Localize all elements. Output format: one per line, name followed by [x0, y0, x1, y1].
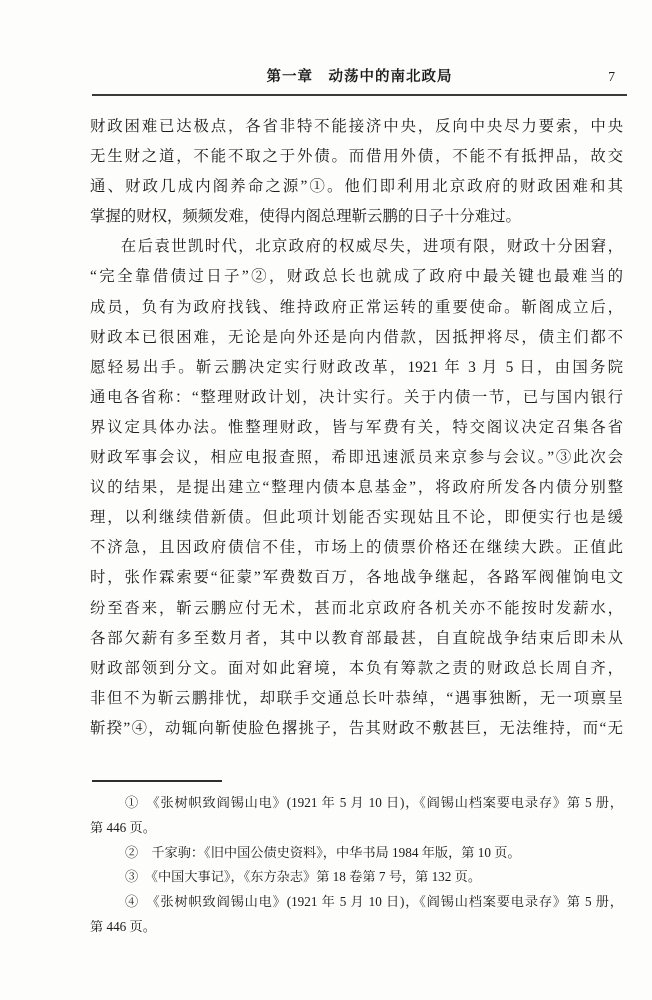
body-line: 财政军事会议，相应电报查照，希即迅速派员来京参与会议。”③此次会	[90, 443, 623, 473]
footnote-line: ① 《张树帜致阎锡山电》(1921 年 5 月 10 日)，《阎锡山档案要电录存…	[90, 791, 623, 816]
body-line: 在后袁世凯时代，北京政府的权威尽失，进项有限，财政十分困窘，	[90, 232, 623, 262]
footnote-line: 第 446 页。	[90, 915, 623, 940]
header-rule	[92, 94, 627, 96]
body-line: 纷至沓来，靳云鹏应付无术，甚而北京政府各机关亦不能按时发薪水，	[90, 594, 623, 624]
footnote-separator	[92, 780, 222, 782]
body-line: 掌握的财权，频频发难，使得内阁总理靳云鹏的日子十分难过。	[90, 202, 623, 232]
footnote-line: ② 千家驹：《旧中国公债史资料》，中华书局 1984 年版，第 10 页。	[90, 841, 623, 866]
body-line: 非但不为靳云鹏排忧，却联手交通总长叶恭绰，“遇事独断，无一项禀呈	[90, 684, 623, 714]
footnotes-list: ① 《张树帜致阎锡山电》(1921 年 5 月 10 日)，《阎锡山档案要电录存…	[90, 791, 623, 940]
body-line: 通电各省称：“整理财政计划，决计实行。关于内债一节，已与国内银行	[90, 383, 623, 413]
body-text: 财政困难已达极点，各省非特不能接济中央，反向中央尽力要索，中央无生财之道，不能不…	[90, 112, 623, 744]
body-line: 通、财政几成内阁养命之源”①。他们即利用北京政府的财政困难和其	[90, 172, 623, 202]
body-line: 愿轻易出手。靳云鹏决定实行财政改革，1921 年 3 月 5 日，由国务院	[90, 353, 623, 383]
body-line: “完全靠借债过日子”②，财政总长也就成了政府中最关键也最难当的	[90, 262, 623, 292]
footnote-line: 第 446 页。	[90, 816, 623, 841]
body-line: 不济急，且因政府债信不佳，市场上的债票价格还在继续大跌。正值此	[90, 533, 623, 563]
body-line: 议的结果，是提出建立“整理内债本息基金”，将政府所发各内债分别整	[90, 473, 623, 503]
body-line: 各部欠薪有多至数月者，其中以教育部最甚，自直皖战争结束后即未从	[90, 624, 623, 654]
body-line: 理，以利继续借新债。但此项计划能否实现姑且不论，即便实行也是缓	[90, 503, 623, 533]
footnote-line: ④ 《张树帜致阎锡山电》(1921 年 5 月 10 日)，《阎锡山档案要电录存…	[90, 890, 623, 915]
body-line: 财政困难已达极点，各省非特不能接济中央，反向中央尽力要索，中央	[90, 112, 623, 142]
body-line: 财政部领到分文。面对如此窘境，本负有筹款之责的财政总长周自齐，	[90, 654, 623, 684]
body-line: 无生财之道，不能不取之于外债。而借用外债，不能不有抵押品，故交	[90, 142, 623, 172]
body-line: 财政本已很困难，无论是向外还是向内借款，因抵押将尽，债主们都不	[90, 323, 623, 353]
page-number: 7	[92, 66, 615, 88]
body-line: 时，张作霖索要“征蒙”军费数百万，各地战争继起，各路军阀催饷电文	[90, 563, 623, 593]
body-line: 成员，负有为政府找钱、维持政府正常运转的重要使命。靳阁成立后，	[90, 293, 623, 323]
body-line: 界议定具体办法。惟整理财政，皆与军费有关，特交阁议决定召集各省	[90, 413, 623, 443]
body-line: 靳揆”④，动辄向靳使脸色撂挑子，告其财政不敷甚巨，无法维持，而“无	[90, 714, 623, 744]
footnote-line: ③ 《中国大事记》，《东方杂志》第 18 卷第 7 号，第 132 页。	[90, 865, 623, 890]
book-page: 第一章 动荡中的南北政局 7 财政困难已达极点，各省非特不能接济中央，反向中央尽…	[0, 0, 652, 1000]
